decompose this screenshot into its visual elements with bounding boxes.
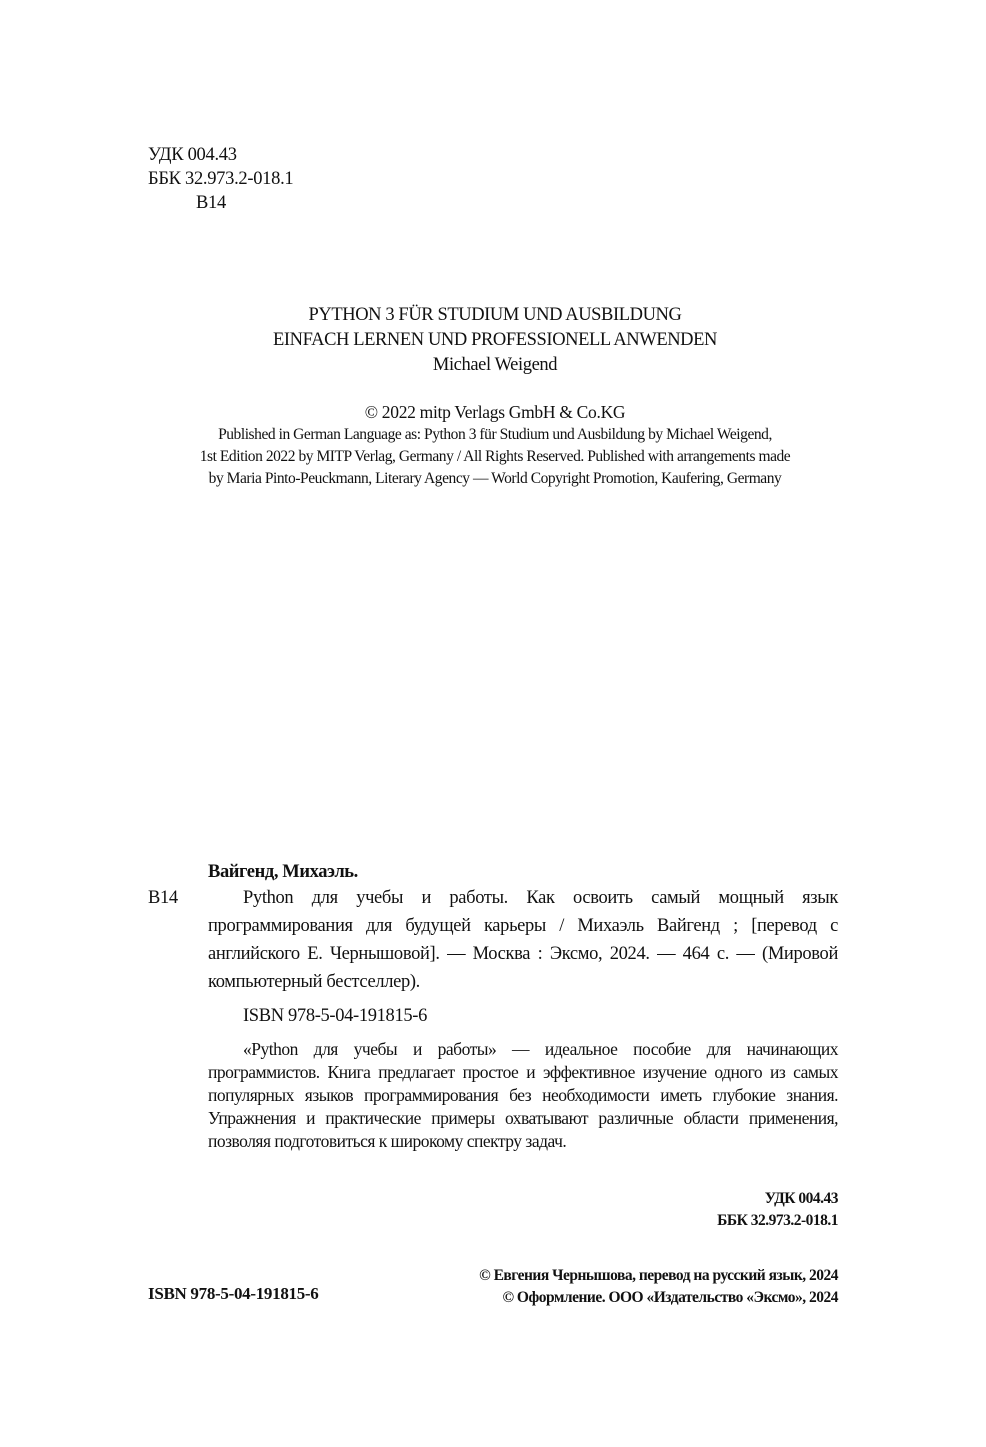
author-code: В14 bbox=[148, 191, 293, 215]
classification-bottom: УДК 004.43 ББК 32.973.2-018.1 bbox=[560, 1188, 838, 1232]
original-edition: PYTHON 3 FÜR STUDIUM UND AUSBILDUNG EINF… bbox=[140, 303, 850, 378]
publication-note-line: by Maria Pinto-Peuckmann, Literary Agenc… bbox=[140, 468, 850, 490]
copyright-notice: © 2022 mitp Verlags GmbH & Co.KG Publish… bbox=[140, 400, 850, 490]
author-code: В14 bbox=[148, 884, 178, 912]
original-author: Michael Weigend bbox=[140, 353, 850, 378]
author-heading: Вайгенд, Михаэль. bbox=[148, 860, 838, 884]
catalog-card: Вайгенд, Михаэль. В14 Python для учебы и… bbox=[148, 860, 838, 1153]
design-rights: © Оформление. ООО «Издательство «Эксмо»,… bbox=[440, 1287, 838, 1309]
bibliographic-entry: В14 Python для учебы и работы. Как освои… bbox=[148, 884, 838, 996]
bbk-code: ББК 32.973.2-018.1 bbox=[560, 1210, 838, 1232]
bbk-code: ББК 32.973.2-018.1 bbox=[148, 167, 293, 191]
copyright-line: © 2022 mitp Verlags GmbH & Co.KG bbox=[140, 400, 850, 424]
udk-code: УДК 004.43 bbox=[148, 143, 293, 167]
isbn: ISBN 978-5-04-191815-6 bbox=[148, 1002, 838, 1030]
udk-code: УДК 004.43 bbox=[560, 1188, 838, 1210]
publication-note-line: 1st Edition 2022 by MITP Verlag, Germany… bbox=[140, 446, 850, 468]
original-title-line1: PYTHON 3 FÜR STUDIUM UND AUSBILDUNG bbox=[140, 303, 850, 328]
classification-top: УДК 004.43 ББК 32.973.2-018.1 В14 bbox=[148, 143, 293, 215]
rights-notice: © Евгения Чернышова, перевод на русский … bbox=[440, 1265, 838, 1309]
publication-note-line: Published in German Language as: Python … bbox=[140, 424, 850, 446]
bibliographic-description: Python для учебы и работы. Как освоить с… bbox=[208, 884, 838, 996]
annotation: «Python для учебы и работы» — идеальное … bbox=[148, 1038, 838, 1153]
translation-rights: © Евгения Чернышова, перевод на русский … bbox=[440, 1265, 838, 1287]
footer-isbn: ISBN 978-5-04-191815-6 bbox=[148, 1283, 318, 1305]
original-title-line2: EINFACH LERNEN UND PROFESSIONELL ANWENDE… bbox=[140, 328, 850, 353]
